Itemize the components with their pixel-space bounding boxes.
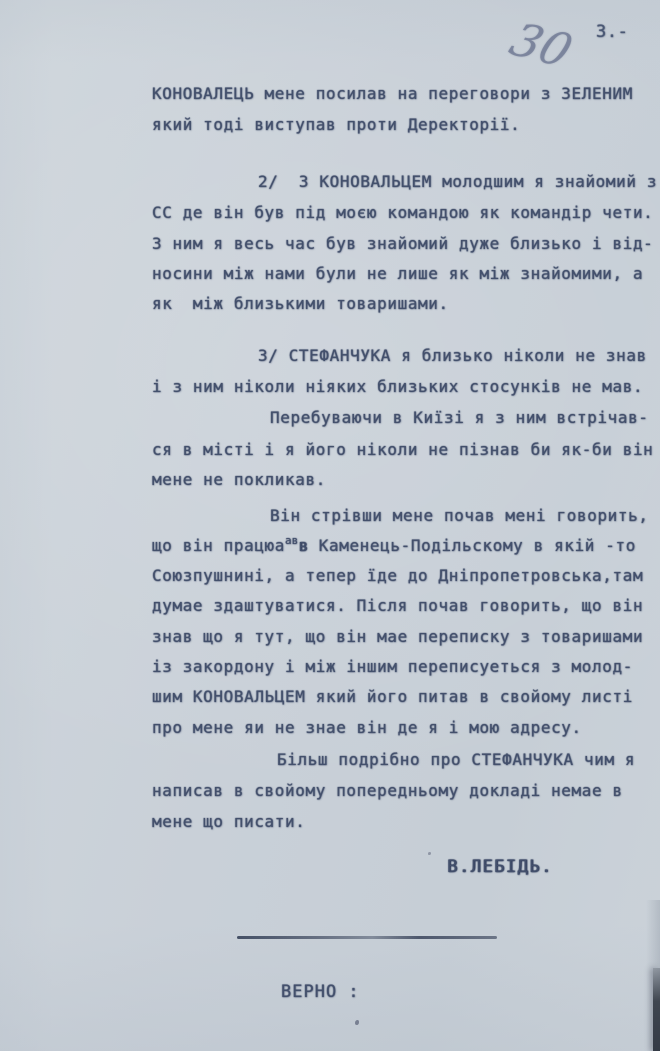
ink-speck xyxy=(355,1020,359,1025)
document-line: Він стрівши мене почав мені говорить, xyxy=(270,506,649,528)
document-line: 2/ З КОНОВАЛЬЦЕМ молодшим я знайомий з xyxy=(258,172,657,194)
document-line: про мене яи не знае він де я і мою адрес… xyxy=(152,718,582,740)
scan-edge-shadow xyxy=(653,968,660,1051)
line-text-post: Каменець-Подільскому в якій -то xyxy=(309,536,636,555)
typed-rule-line xyxy=(237,936,497,939)
document-line: ся в місті і я його ніколи не пізнав би … xyxy=(152,440,653,462)
page-number: 3.- xyxy=(596,22,629,42)
document-line: знав що я тут, що він мае переписку з то… xyxy=(152,627,643,649)
overstruck-character: в xyxy=(298,536,308,555)
certification-label: ВЕРНО : xyxy=(281,982,360,1002)
document-line: СС де він був під моєю командою як коман… xyxy=(152,203,653,225)
document-line: носини між нами були не лише як між знай… xyxy=(152,264,643,286)
document-line: який тоді виступав проти Деректорії. xyxy=(152,115,520,137)
document-line: шим КОНОВАЛЬЦЕМ який його питав в свойом… xyxy=(152,687,633,709)
signature: В.ЛЕБІДЬ. xyxy=(447,857,553,877)
typed-superscript-correction: ав xyxy=(285,534,298,547)
document-line: мене не покликав. xyxy=(152,470,326,492)
document-line: Союзпушнині, а тепер їде до Дніпропетров… xyxy=(152,566,643,588)
document-line: і з ним ніколи ніяких близьких стосунків… xyxy=(152,377,643,399)
line-text-pre: що він працюа xyxy=(152,536,285,555)
document-line: Більш подрібно про СТЕФАНЧУКА чим я xyxy=(277,750,635,772)
document-line: З ним я весь час був знайомий дуже близь… xyxy=(152,234,653,256)
scanned-document-page: 30 3.- КОНОВАЛЕЦЬ мене посилав на перего… xyxy=(0,0,660,1051)
document-line: 3/ СТЕФАНЧУКА я близько ніколи не знав xyxy=(258,346,647,368)
document-line-with-correction: що він працюаавв Каменець-Подільскому в … xyxy=(152,536,636,558)
document-line: із закордону і між іншим переписуеться з… xyxy=(152,657,633,679)
ink-speck xyxy=(428,852,431,855)
handwritten-mark: 30 xyxy=(503,13,580,78)
document-line: КОНОВАЛЕЦЬ мене посилав на переговори з … xyxy=(152,84,633,106)
document-line: мене що писати. xyxy=(152,812,306,834)
document-line: Перебуваючи в Киїзі я з ним встрічав- xyxy=(270,408,649,430)
document-line: думае здаштуватися. Після почав говорить… xyxy=(152,596,643,618)
document-line: як між близькими товаришами. xyxy=(152,294,449,316)
document-line: написав в свойому попередньому докладі н… xyxy=(152,781,623,803)
